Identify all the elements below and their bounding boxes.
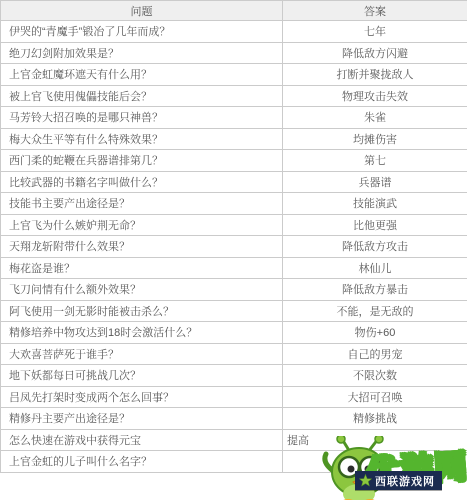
- table-row: 技能书主要产出途径是？技能演武: [1, 193, 467, 215]
- answer-cell: 比他更强: [283, 214, 467, 236]
- table-row: 阿飞使用一剑无影时能被击杀么？不能，是无敌的: [1, 300, 467, 322]
- question-cell: 马芳铃大招召唤的是哪只神兽？: [1, 107, 283, 129]
- question-cell: 地下妖都每日可挑战几次？: [1, 365, 283, 387]
- answer-cell: 均摊伤害: [283, 128, 467, 150]
- question-cell: 上官金虹的儿子叫什么名字？: [1, 451, 283, 473]
- header-row: 问题 答案: [1, 1, 467, 21]
- watermark-badge-text: 西联游戏网: [375, 473, 435, 489]
- table-row: 伊哭的“青魔手”锻冶了几年而成？七年: [1, 21, 467, 43]
- answer-cell: 精修挑战: [283, 408, 467, 430]
- answer-cell: 降低敌方暴击: [283, 279, 467, 301]
- table-row: 梅大众生平等有什么特殊效果？均摊伤害: [1, 128, 467, 150]
- question-cell: 吕凤先打架时变成两个怎么回事？: [1, 386, 283, 408]
- star-icon: [359, 474, 372, 487]
- answer-cell: 降低敌方闪避: [283, 42, 467, 64]
- answer-cell: 不限次数: [283, 365, 467, 387]
- question-cell: 梅花盗是谁？: [1, 257, 283, 279]
- table-row: 精修培养中物攻达到18时会激活什么？物伤+60: [1, 322, 467, 344]
- table-row: 西门柔的蛇鞭在兵器谱排第几？第七: [1, 150, 467, 172]
- question-cell: 精修培养中物攻达到18时会激活什么？: [1, 322, 283, 344]
- question-column-header: 问题: [1, 1, 283, 21]
- table-row: 被上官飞使用傀儡技能后会？物理攻击失效: [1, 85, 467, 107]
- watermark-badge: 西联游戏网: [355, 471, 442, 490]
- table-row: 上官飞为什么嫉妒荆无命？比他更强: [1, 214, 467, 236]
- question-cell: 比较武器的书籍名字叫做什么？: [1, 171, 283, 193]
- table-row: 大欢喜菩萨死于谁手？自己的男宠: [1, 343, 467, 365]
- question-cell: 阿飞使用一剑无影时能被击杀么？: [1, 300, 283, 322]
- question-cell: 上官飞为什么嫉妒荆无命？: [1, 214, 283, 236]
- quiz-answers-page: 问题 答案 伊哭的“青魔手”锻冶了几年而成？七年绝刀幻剑附加效果是？降低敌方闪避…: [0, 0, 467, 500]
- answer-column-header: 答案: [283, 1, 467, 21]
- answer-cell: 大招可召唤: [283, 386, 467, 408]
- table-row: 梅花盗是谁？林仙儿: [1, 257, 467, 279]
- table-row: 吕凤先打架时变成两个怎么回事？大招可召唤: [1, 386, 467, 408]
- question-cell: 天翔龙斩附带什么效果？: [1, 236, 283, 258]
- question-cell: 被上官飞使用傀儡技能后会？: [1, 85, 283, 107]
- question-cell: 梅大众生平等有什么特殊效果？: [1, 128, 283, 150]
- answer-cell: 降低敌方攻击: [283, 236, 467, 258]
- answer-cell: 林仙儿: [283, 257, 467, 279]
- table-row: 马芳铃大招召唤的是哪只神兽？朱雀: [1, 107, 467, 129]
- answer-cell: 提高: [283, 429, 467, 451]
- question-cell: 绝刀幻剑附加效果是？: [1, 42, 283, 64]
- table-row: 比较武器的书籍名字叫做什么？兵器谱: [1, 171, 467, 193]
- table-row: 飞刀问情有什么额外效果？降低敌方暴击: [1, 279, 467, 301]
- answer-cell: 自己的男宠: [283, 343, 467, 365]
- table-row: 天翔龙斩附带什么效果？降低敌方攻击: [1, 236, 467, 258]
- qa-table: 问题 答案 伊哭的“青魔手”锻冶了几年而成？七年绝刀幻剑附加效果是？降低敌方闪避…: [0, 0, 467, 473]
- question-cell: 西门柔的蛇鞭在兵器谱排第几？: [1, 150, 283, 172]
- table-row: 上官金虹的儿子叫什么名字？: [1, 451, 467, 473]
- question-cell: 大欢喜菩萨死于谁手？: [1, 343, 283, 365]
- table-row: 绝刀幻剑附加效果是？降低敌方闪避: [1, 42, 467, 64]
- question-cell: 精修丹主要产出途径是？: [1, 408, 283, 430]
- answer-cell: 打断并聚拢敌人: [283, 64, 467, 86]
- question-cell: 技能书主要产出途径是？: [1, 193, 283, 215]
- table-row: 上官金虹魔环遮天有什么用？打断并聚拢敌人: [1, 64, 467, 86]
- table-row: 地下妖都每日可挑战几次？不限次数: [1, 365, 467, 387]
- answer-cell: 技能演武: [283, 193, 467, 215]
- question-cell: 上官金虹魔环遮天有什么用？: [1, 64, 283, 86]
- question-cell: 飞刀问情有什么额外效果？: [1, 279, 283, 301]
- answer-cell: 物理攻击失效: [283, 85, 467, 107]
- question-cell: 伊哭的“青魔手”锻冶了几年而成？: [1, 21, 283, 43]
- answer-cell: 朱雀: [283, 107, 467, 129]
- table-row: 怎么快速在游戏中获得元宝提高: [1, 429, 467, 451]
- table-row: 精修丹主要产出途径是？精修挑战: [1, 408, 467, 430]
- answer-cell: 不能，是无敌的: [283, 300, 467, 322]
- answer-cell: [283, 451, 467, 473]
- question-cell: 怎么快速在游戏中获得元宝: [1, 429, 283, 451]
- answer-cell: 七年: [283, 21, 467, 43]
- answer-cell: 兵器谱: [283, 171, 467, 193]
- answer-cell: 第七: [283, 150, 467, 172]
- answer-cell: 物伤+60: [283, 322, 467, 344]
